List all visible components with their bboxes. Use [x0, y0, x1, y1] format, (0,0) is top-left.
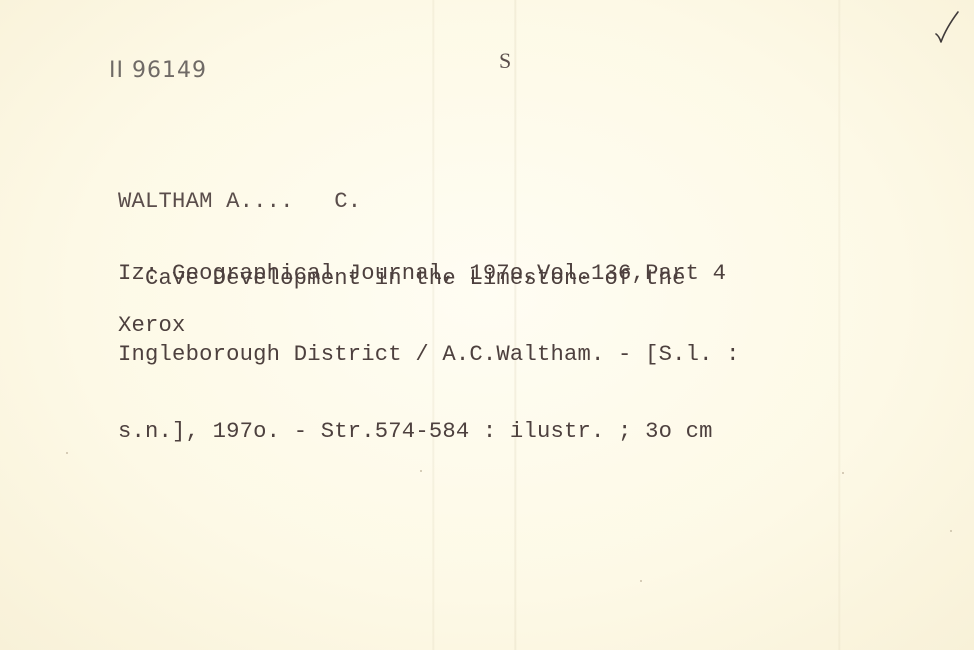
section-mark: S	[499, 48, 511, 74]
publication-line: s.n.], 197o. - Str.574-584 : ilustr. ; 3…	[118, 419, 740, 445]
source-note: Iz: Geographical Journal, 197o,Vol.136,P…	[118, 261, 726, 287]
catalog-card: II 96149 S WALTHAM A.... C. Cave Develop…	[0, 0, 974, 650]
paper-speck	[950, 530, 952, 532]
paper-speck	[66, 452, 68, 454]
bibliographic-entry: WALTHAM A.... C. Cave Development in the…	[118, 138, 740, 495]
title-line: Ingleborough District / A.C.Waltham. - […	[118, 342, 740, 368]
format-note: Xerox	[118, 313, 186, 339]
checkmark-icon	[932, 8, 962, 48]
call-number: II 96149	[109, 58, 207, 83]
author-heading: WALTHAM A.... C.	[118, 189, 740, 215]
paper-speck	[842, 472, 844, 474]
paper-speck	[420, 470, 422, 472]
paper-speck	[640, 580, 642, 582]
